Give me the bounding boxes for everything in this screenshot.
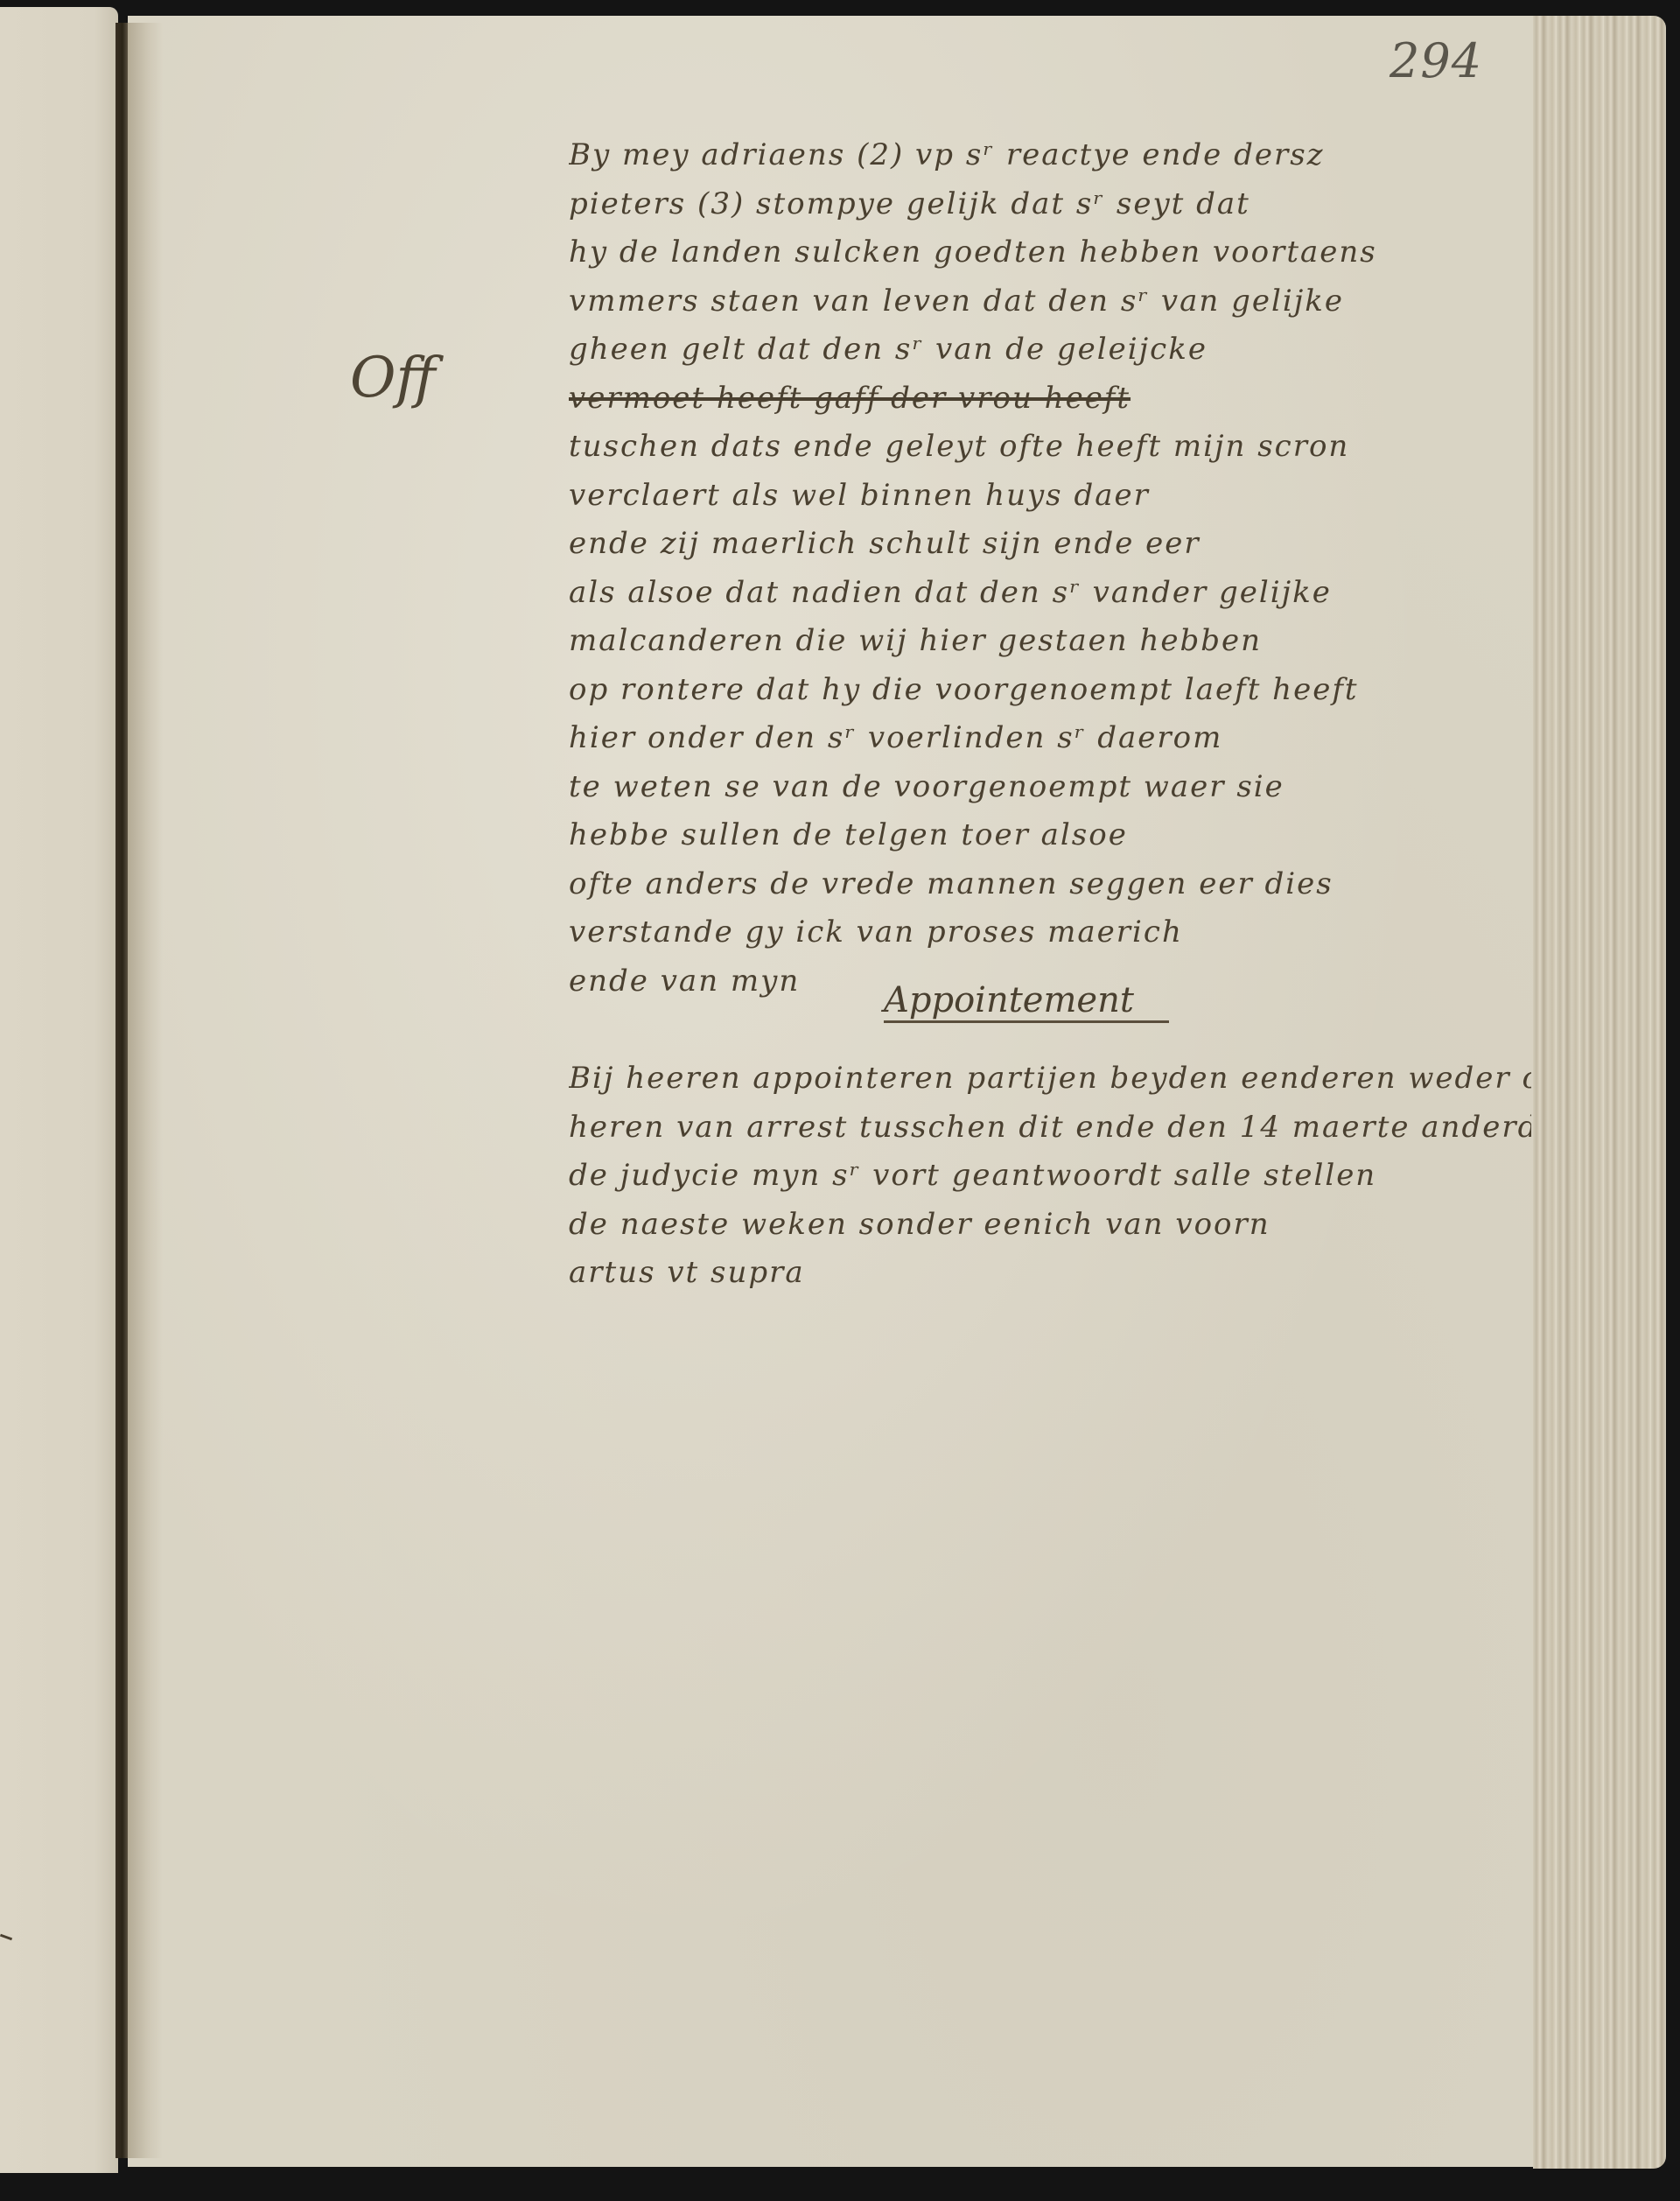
left-page <box>0 7 118 2173</box>
text-line: ende zij maerlich schult sijn ende eer <box>569 520 1531 569</box>
text-line: te weten se van de voorgenoempt waer sie <box>569 763 1531 812</box>
text-line: artus vt supra <box>569 1249 1531 1298</box>
margin-note: Off <box>350 346 436 410</box>
page-number: 294 <box>1389 33 1482 88</box>
text-line: malcanderen die wij hier gestaen hebben <box>569 617 1531 666</box>
section-heading: Appointement <box>884 980 1169 1023</box>
paragraph-2: Bij heeren appointeren partijen beyden e… <box>569 1055 1531 1298</box>
text-line: hebbe sullen de telgen toer alsoe <box>569 811 1531 860</box>
text-line: Bij heeren appointeren partijen beyden e… <box>569 1055 1531 1104</box>
text-line-struck: vermoet heeft gaff der vrou heeft <box>569 375 1531 424</box>
text-line: hy de landen sulcken goedten hebben voor… <box>569 228 1531 277</box>
text-line: als alsoe dat nadien dat den sʳ vander g… <box>569 569 1531 618</box>
gutter-shadow <box>128 23 163 2158</box>
text-line: ofte anders de vrede mannen seggen eer d… <box>569 860 1531 909</box>
text-line: heren van arrest tusschen dit ende den 1… <box>569 1104 1531 1153</box>
text-line: op rontere dat hy die voorgenoempt laeft… <box>569 666 1531 715</box>
text-line: verclaert als wel binnen huys daer <box>569 472 1531 521</box>
text-line: verstande gy ick van proses maerich <box>569 908 1531 957</box>
text-line: gheen gelt dat den sʳ van de geleijcke <box>569 326 1531 375</box>
page-edges <box>1533 16 1666 2169</box>
paragraph-1: By mey adriaens (2) vp sʳ reactye ende d… <box>569 131 1531 1006</box>
text-line: de naeste weken sonder eenich van voorn <box>569 1201 1531 1250</box>
text-line: de judycie myn sʳ vort geantwoordt salle… <box>569 1152 1531 1201</box>
text-line: vmmers staen van leven dat den sʳ van ge… <box>569 277 1531 326</box>
text-line: tuschen dats ende geleyt ofte heeft mijn… <box>569 423 1531 472</box>
text-line: hier onder den sʳ voerlinden sʳ daerom <box>569 714 1531 763</box>
text-line: By mey adriaens (2) vp sʳ reactye ende d… <box>569 131 1531 180</box>
text-line: pieters (3) stompye gelijk dat sʳ seyt d… <box>569 180 1531 229</box>
